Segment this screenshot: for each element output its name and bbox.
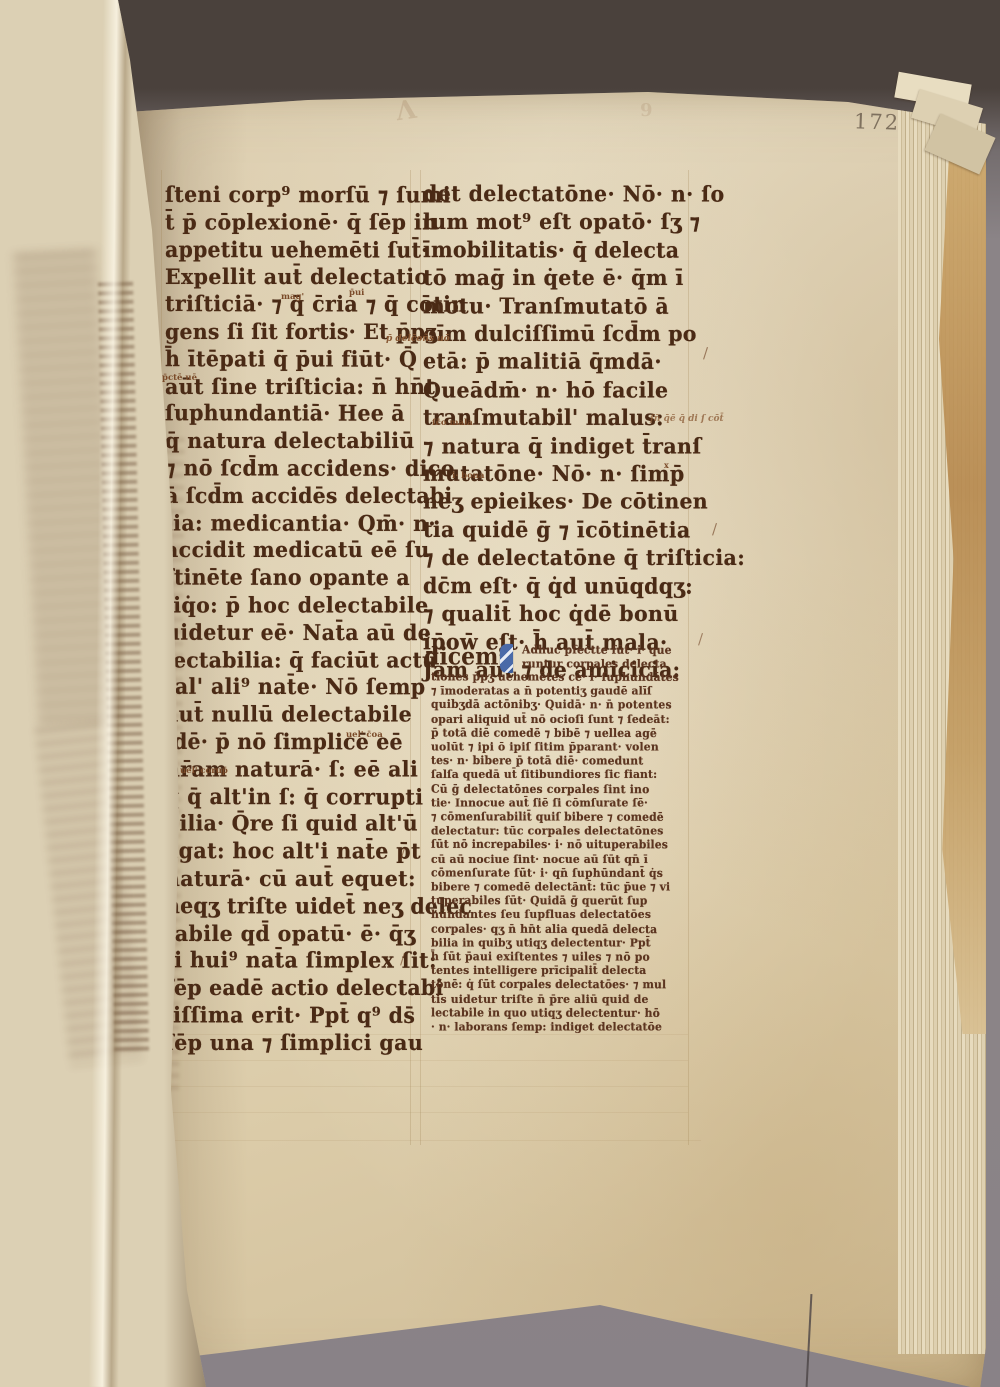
manuscript-text-line: tes· n· bibere p̄ totā diē· comedunt bbox=[431, 754, 693, 769]
page-corner-tips bbox=[888, 74, 998, 194]
manuscript-text-line: tiones p̄pʒ uehemētes cē· i· ſuphundātes bbox=[431, 670, 693, 685]
ruling-line bbox=[161, 1140, 701, 1141]
text-column-1: ſteni corp⁹ morſū ⁊ ſumit̄ p̄ cōplexionē… bbox=[165, 182, 417, 1057]
paraph-mark bbox=[500, 644, 513, 673]
commentary-gloss-intro: Adhuc pſec̄tte ſūt· i· queruntur corpale… bbox=[522, 643, 697, 671]
manuscript-text-line: tōnē: q̇ ſūt corpales delectatōes· ⁊ mul bbox=[431, 978, 693, 993]
manuscript-text-line: liq̇o: p̄ hoc delectabile bbox=[165, 592, 417, 619]
text-column-2: det delectatōne· Nō· n· ſolum mot⁹ eſt o… bbox=[423, 180, 689, 684]
manuscript-text-line: ſi hui⁹ nat̄a ſimplex ſit: bbox=[165, 947, 417, 975]
manuscript-text-line: Queādm̄· n· hō facile bbox=[423, 376, 689, 404]
manuscript-text-line: agat: hoc alt'i nat̄e p̄t bbox=[165, 838, 417, 866]
manuscript-text-line: lum mot⁹ eſt opatō· ſʒ ⁊ bbox=[423, 208, 689, 236]
manuscript-text-line: oīm dulciſſimū ſcd̄m po bbox=[423, 320, 689, 348]
manuscript-text-line: nr̄am naturā· ſ: eē ali bbox=[165, 756, 417, 783]
manuscript-text-line: ⁊ nō ſcd̄m accidens· dico bbox=[165, 455, 417, 483]
manuscript-text-line: h̄ ſūt p̄aui exiſtentes ⁊ uiles ⁊ nō po bbox=[431, 950, 693, 965]
manuscript-text-line: quibʒdā actōnibʒ· Quidā· n· n̄ potentes bbox=[431, 698, 693, 713]
manuscript-text-line: lectabile in quo utiqʒ delectentur· hō bbox=[431, 1006, 693, 1021]
manuscript-text-line: gens ſi ſit fortis· Et p̄pʒ bbox=[165, 319, 417, 346]
manuscript-text-line: uidetur eē· Nat̄a aū de bbox=[165, 619, 417, 647]
manuscript-text-line: ⁊ qualit̄ hoc q̇dē bonū bbox=[423, 600, 689, 628]
manuscript-text-line: Adhuc pſec̄tte ſūt· i· que bbox=[522, 643, 697, 657]
manuscript-text-line: dc̄m eſt· q̄ q̇d unūqdqʒ: bbox=[423, 572, 689, 601]
manuscript-text-line: lia: medicantia· Qm̄· n· bbox=[165, 510, 417, 538]
manuscript-text-line: · n· laborans ſemp: indiget delectatōe bbox=[431, 1020, 693, 1034]
manuscript-text-line: ⁊ natura q̄ indiget t̄ranſ bbox=[423, 432, 689, 460]
manuscript-text-line: h̄ ītēpati q̄ p̄ui fiūt· Q̄ bbox=[165, 346, 417, 374]
manuscript-text-line: lectabilia: q̄ faciūt actū bbox=[165, 647, 417, 674]
manuscript-text-line: triſticiā· ⁊ q̄ c̄ria ⁊ q̄ cōtin bbox=[165, 291, 417, 319]
manuscript-text-line: bilia· Q̄re ſi quid alt'ū bbox=[165, 811, 417, 838]
manuscript-text-line: q̇ q̄ alt'in ſ: q̄ corrupti bbox=[165, 783, 417, 811]
manuscript-text-line: tabile qd̄ opatū· ē· q̄ʒ bbox=[165, 920, 417, 947]
manuscript-text-line: ſūt nō increpabiles· i· nō uituperabiles bbox=[431, 838, 693, 853]
manuscript-text-line: liſſima erit· Ppt̄ q⁹ ds̄ bbox=[165, 1002, 417, 1030]
manuscript-text-line: ⁊ īmoderatas a n̄ potentiʒ gaudē alīſ bbox=[431, 684, 693, 698]
manuscript-text-line: bilia in quibʒ utiqʒ delectentur· Ppt̄ bbox=[431, 936, 693, 950]
ruling-line bbox=[161, 1060, 688, 1061]
manuscript-text-line: ⁊ de delectatōne q̄ triſticia: bbox=[423, 544, 689, 572]
manuscript-text-line: ſēp una ⁊ ſimplici gau bbox=[165, 1030, 417, 1057]
commentary-gloss: tiones p̄pʒ uehemētes cē· i· ſuphundātes… bbox=[431, 670, 693, 1034]
manuscript-text-line: ⁊ cōmenſurabilit̄ quiſ bibere ⁊ comedē bbox=[431, 810, 693, 825]
manuscript-text-line: runtur corpales delecta bbox=[522, 657, 697, 671]
manuscript-text-line: aūt ſine triſticia: n̄ hn̄t bbox=[165, 373, 417, 400]
manuscript-text-line: tō maḡ in q̇ete ē· q̄m ī bbox=[423, 264, 689, 292]
manuscript-text-line: Expellit aut̄ delectatio bbox=[165, 264, 417, 291]
manuscript-text-line: delectatur: tūc corpales delectatōnes bbox=[431, 824, 693, 838]
manuscript-text-line: naturā· cū aut̄ equet: bbox=[165, 866, 417, 893]
worn-tan-band bbox=[930, 154, 986, 1034]
manuscript-text-line: bibere ⁊ comedē delectānt̄: tūc p̄ue ⁊ v… bbox=[431, 880, 693, 894]
manuscript-text-line: tranſmutabil' malus: bbox=[423, 404, 689, 433]
manuscript-text-line: mutatōne· Nō· n· ſimp̄ bbox=[423, 460, 689, 489]
manuscript-text-line: ſalſa quedā ut̄ ſitibundiores ſic fiant: bbox=[431, 768, 693, 782]
manuscript-text-line: tentes intelligere prīcipalit̄ delecta bbox=[431, 964, 693, 978]
manuscript-text-line: motu· Tranſmutatō ā bbox=[423, 292, 689, 321]
manuscript-text-line: idē· p̄ nō ſimplicē eē bbox=[165, 729, 417, 757]
manuscript-text-line: accidit medicatū eē ſu bbox=[165, 537, 417, 564]
fore-edge-page-stack bbox=[898, 106, 986, 1354]
ruling-line bbox=[161, 1112, 688, 1113]
manuscript-text-line: hūndantes ſeu ſupfluas delectatōes bbox=[431, 908, 693, 922]
manuscript-text-line: neʒ epieikes· De cōtinen bbox=[423, 488, 689, 516]
manuscript-text-line: ſēp eadē actio delectabi bbox=[165, 975, 417, 1002]
manuscript-text-line: q̄ natura delectabiliū bbox=[165, 428, 417, 455]
manuscript-text-line: corpales· qʒ n̄ hn̄t alia quedā delecta bbox=[431, 922, 693, 937]
manuscript-text-line: p̄ totā diē comedē ⁊ bibē ⁊ uellea agē bbox=[431, 726, 693, 741]
manuscript-text-line: tis uidetur triſte n̄ p̄re aliū quid de bbox=[431, 992, 693, 1006]
manuscript-text-line: opari aliquid ut̄ nō ocioſi ſunt ⁊ ſedeā… bbox=[431, 712, 693, 726]
manuscript-text-line: ſuphundantiā· Hee ā bbox=[165, 400, 417, 428]
manuscript-text-line: t̄ p̄ cōplexionē· q̄ ſēp in bbox=[165, 209, 417, 236]
manuscript-text-line: īmobilitatis· q̄ delecta bbox=[423, 236, 689, 265]
manuscript-text-line: neqʒ triſte uidet̄ neʒ delec bbox=[165, 893, 417, 921]
manuscript-photo: ſteni corp⁹ morſū ⁊ ſumit̄ p̄ cōplexionē… bbox=[0, 0, 1000, 1387]
ruling-line bbox=[161, 1086, 688, 1087]
explicit-word: dicem⁹ bbox=[424, 643, 508, 672]
manuscript-text-line: ā ſcd̄m accidēs delectabi bbox=[165, 483, 417, 510]
manuscript-text-line: tuperabiles ſūt· Quidā ḡ querūt ſup bbox=[431, 894, 693, 909]
manuscript-text-line: tie· Innocue aut̄ ſiē ſi cōmſurate ſē· bbox=[431, 796, 693, 810]
manuscript-text-line: cū aū nociue ſint· nocue aū ſūt qn̄ ī bbox=[431, 852, 693, 866]
manuscript-text-line: Cū ḡ delectatōnes corpales ſint ino bbox=[431, 782, 693, 797]
manuscript-text-line: det delectatōne· Nō· n· ſo bbox=[423, 180, 689, 209]
manuscript-text-line: cōmenſurate ſūt· i· qn̄ ſuphūndant̄ q̇s bbox=[431, 866, 693, 881]
manuscript-text-line: appetitu uehemēti ſut̄· bbox=[165, 236, 417, 264]
manuscript-text-line: uolūt ⁊ ipi ō ipiſ ſitim p̄parant· volen bbox=[431, 740, 693, 754]
manuscript-text-line: ſtinēte ſano opante a bbox=[165, 565, 417, 593]
manuscript-text-line: tal' ali⁹ nat̄e· Nō ſemp bbox=[165, 674, 417, 702]
manuscript-text-line: tia quidē ḡ ⁊ īcōtinētia bbox=[423, 516, 689, 545]
recto-page: ſteni corp⁹ morſū ⁊ ſumit̄ p̄ cōplexionē… bbox=[128, 92, 986, 1387]
manuscript-text-line: etā: p̄ malitiā q̄mdā· bbox=[423, 348, 689, 377]
manuscript-text-line: aut̄ nullū delectabile bbox=[165, 702, 417, 729]
manuscript-text-line: ſteni corp⁹ morſū ⁊ ſumi bbox=[165, 182, 417, 210]
